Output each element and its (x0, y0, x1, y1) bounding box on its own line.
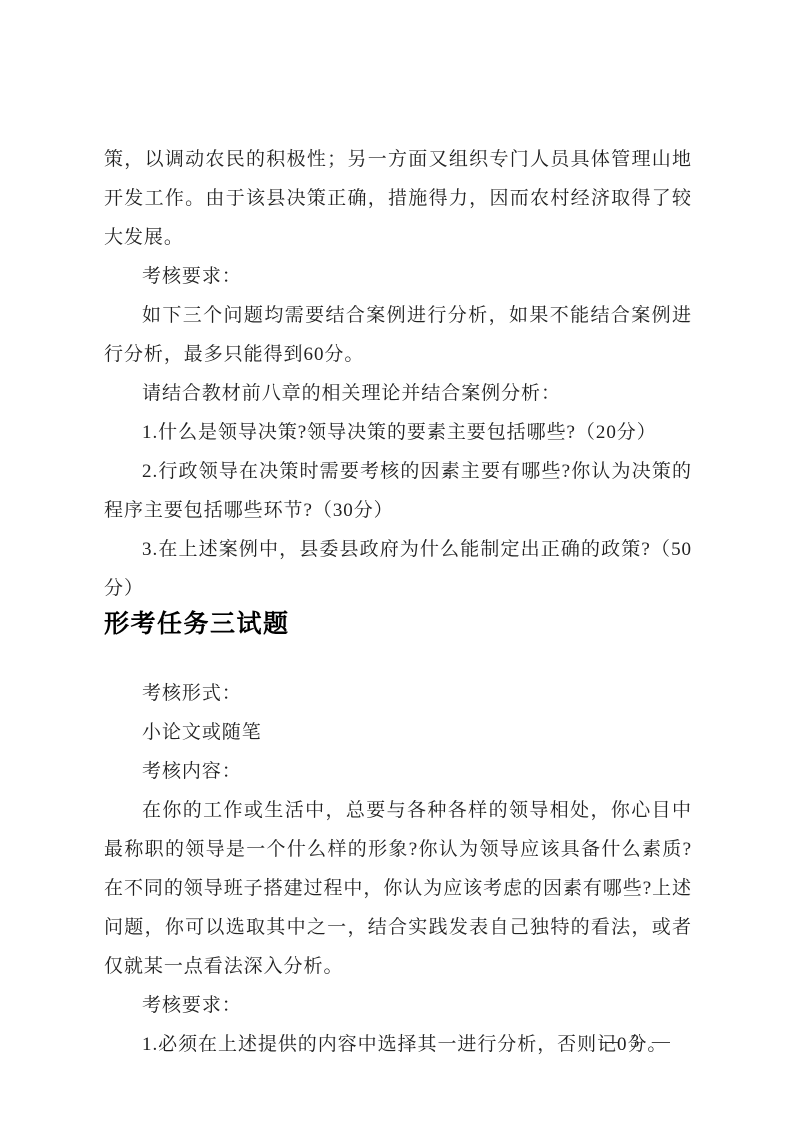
paragraph-assessment-requirements-label: 考核要求： (104, 257, 692, 296)
document-content: 策，以调动农民的积极性；另一方面又组织专门人员具体管理山地开发工作。由于该县决策… (104, 140, 692, 1064)
section-heading-task-three: 形考任务三试题 (104, 610, 692, 638)
page-number: — 3 — (600, 1030, 674, 1052)
paragraph-assessment-content-label: 考核内容： (104, 752, 692, 791)
paragraph-requirement-note: 如下三个问题均需要结合案例进行分析，如果不能结合案例进行分析，最多只能得到60分… (104, 296, 692, 374)
paragraph-assessment-format-value: 小论文或随笔 (104, 713, 692, 752)
paragraph-question-1: 1.什么是领导决策?领导决策的要素主要包括哪些?（20分） (104, 413, 692, 452)
paragraph-question-2: 2.行政领导在决策时需要考核的因素主要有哪些?你认为决策的程序主要包括哪些环节?… (104, 452, 692, 530)
paragraph-instruction: 请结合教材前八章的相关理论并结合案例分析： (104, 374, 692, 413)
paragraph-assessment-requirements-label-2: 考核要求： (104, 986, 692, 1025)
paragraph-assessment-content-body: 在你的工作或生活中，总要与各种各样的领导相处，你心目中最称职的领导是一个什么样的… (104, 791, 692, 986)
paragraph-case-text-continuation: 策，以调动农民的积极性；另一方面又组织专门人员具体管理山地开发工作。由于该县决策… (104, 140, 692, 257)
paragraph-question-3: 3.在上述案例中，县委县政府为什么能制定出正确的政策?（50分） (104, 530, 692, 608)
document-page: 策，以调动农民的积极性；另一方面又组织专门人员具体管理山地开发工作。由于该县决策… (0, 0, 794, 1122)
paragraph-assessment-format-label: 考核形式： (104, 674, 692, 713)
